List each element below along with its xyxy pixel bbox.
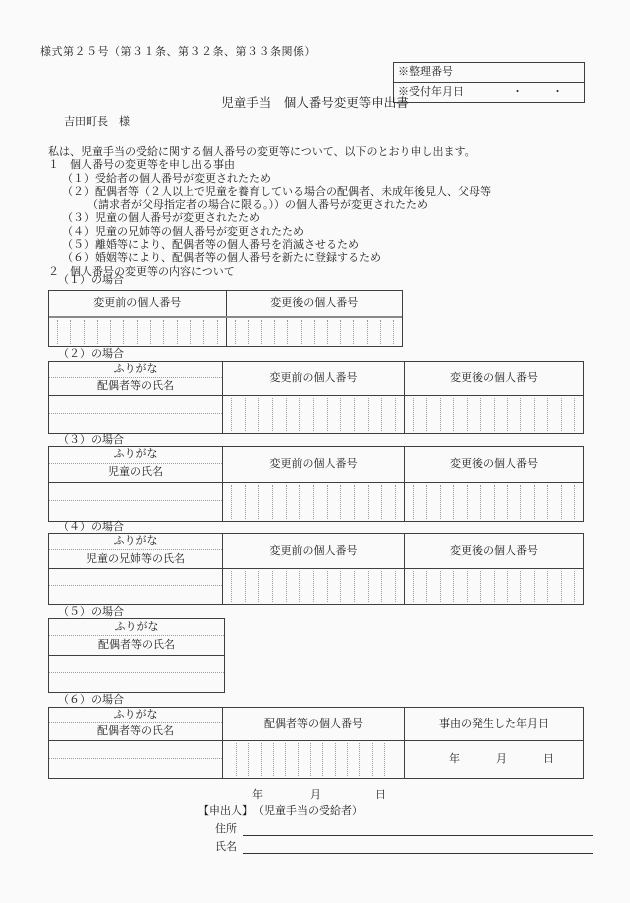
digit-cell	[286, 398, 300, 431]
name-label: 配偶者等の氏名	[49, 636, 224, 655]
digit-cell	[440, 571, 453, 602]
digit-cell	[203, 320, 217, 344]
case2-table: ふりがな 配偶者等の氏名 変更前の個人番号 変更後の個人番号	[48, 361, 584, 434]
intro-line: 私は、児童手当の受給に関する個人番号の変更等について、以下のとおり申し出ます。	[40, 146, 600, 159]
name-column-header: ふりがな 児童の兄姉等の氏名	[49, 534, 222, 568]
personal-number-boxes	[231, 571, 396, 602]
digit-cell	[340, 320, 353, 344]
case5-table: ふりがな 配偶者等の氏名	[48, 618, 225, 693]
after-number-field	[404, 483, 583, 521]
digit-cell	[340, 485, 354, 519]
digit-cell	[480, 398, 493, 431]
reason-item-6: （６）婚姻等により、配偶者等の個人番号を新たに登録するため	[40, 252, 600, 265]
personal-number-boxes	[231, 398, 396, 431]
section2-heading: ２ 個人番号の変更等の内容について	[40, 266, 600, 279]
digit-cell	[494, 398, 507, 431]
digit-cell	[313, 398, 327, 431]
furigana-label: ふりがな	[49, 619, 224, 636]
case1-table: 変更前の個人番号 変更後の個人番号	[48, 290, 403, 347]
digit-cell	[273, 743, 285, 776]
digit-cell	[313, 571, 327, 602]
digit-cell	[177, 320, 190, 344]
digit-cell	[258, 398, 272, 431]
digit-cell	[367, 320, 380, 344]
digit-cell	[340, 398, 354, 431]
col-header-before-number: 変更前の個人番号	[222, 362, 404, 395]
digit-cell	[261, 743, 273, 776]
furigana-label: ふりがな	[49, 362, 222, 378]
digit-cell	[561, 571, 575, 602]
digit-cell	[327, 571, 341, 602]
applicant-heading: 【申出人】 （児童手当の受給者）	[198, 805, 363, 818]
digit-cell	[272, 485, 286, 519]
digit-cell	[236, 743, 248, 776]
personal-number-boxes	[235, 320, 395, 344]
digit-cell	[354, 485, 368, 519]
digit-cell	[520, 571, 533, 602]
digit-cell	[231, 571, 245, 602]
before-number-field	[222, 396, 404, 433]
digit-cell	[359, 743, 371, 776]
digit-cell	[57, 320, 70, 344]
col-header-before-number: 変更前の個人番号	[222, 447, 404, 482]
digit-cell	[380, 320, 394, 344]
address-label: 住所	[215, 823, 237, 836]
personal-number-boxes	[57, 320, 218, 344]
digit-cell	[258, 571, 272, 602]
name-label: 氏名	[215, 841, 237, 854]
digit-cell	[313, 485, 327, 519]
reason-item-1: （１）受給者の個人番号が変更されたため	[40, 173, 600, 186]
name-row: 氏名	[215, 840, 593, 854]
digit-cell	[327, 485, 341, 519]
before-number-field	[222, 483, 404, 521]
col-header-after-number: 変更後の個人番号	[404, 534, 583, 568]
case4-table: ふりがな 児童の兄姉等の氏名 変更前の個人番号 変更後の個人番号	[48, 533, 584, 605]
digit-cell	[354, 571, 368, 602]
furigana-label: ふりがな	[49, 708, 222, 723]
reason-item-2-cont: （請求者が父母指定者の場合に限る。））の個人番号が変更されたため	[40, 199, 600, 212]
case1-label: （１）の場合	[58, 274, 124, 287]
digit-cell	[335, 743, 347, 776]
digit-cell	[190, 320, 203, 344]
digit-cell	[480, 571, 493, 602]
digit-cell	[245, 485, 259, 519]
day-label: 日	[375, 789, 386, 802]
name-label: 児童の兄姉等の氏名	[49, 550, 222, 568]
before-number-field	[222, 569, 404, 604]
digit-cell	[97, 320, 110, 344]
form-page: 様式第２５号（第３１条、第３２条、第３３条関係） ※整理番号 ※受付年月日 ・ …	[0, 0, 630, 903]
digit-cell	[453, 485, 466, 519]
digit-cell	[299, 571, 313, 602]
furigana-label: ふりがな	[49, 534, 222, 550]
name-entry-field	[49, 396, 222, 433]
col-header-after-number: 変更後の個人番号	[226, 291, 403, 316]
name-label: 配偶者等の氏名	[49, 723, 222, 740]
digit-cell	[561, 398, 575, 431]
name-column-header: ふりがな 児童の氏名	[49, 447, 222, 482]
digit-cell	[426, 571, 439, 602]
digit-cell	[381, 571, 396, 602]
digit-cell	[368, 485, 382, 519]
digit-cell	[426, 398, 439, 431]
name-column-header: ふりがな 配偶者等の氏名	[49, 619, 224, 655]
digit-cell	[372, 743, 385, 776]
digit-cell	[163, 320, 176, 344]
digit-cell	[322, 743, 334, 776]
digit-cell	[507, 485, 520, 519]
digit-cell	[520, 485, 533, 519]
ref-number-row: ※整理番号	[394, 63, 584, 82]
case6-table: ふりがな 配偶者等の氏名 配偶者等の個人番号 事由の発生した年月日 年 月 日	[48, 707, 584, 779]
digit-cell	[413, 485, 426, 519]
submission-date-line: 年 月 日	[0, 789, 630, 802]
case3-table: ふりがな 児童の氏名 変更前の個人番号 変更後の個人番号	[48, 446, 584, 522]
form-title: 児童手当 個人番号変更等申出書	[0, 97, 630, 110]
section1-heading: １ 個人番号の変更等を申し出る事由	[40, 159, 600, 172]
personal-number-boxes	[413, 571, 575, 602]
digit-cell	[467, 398, 480, 431]
digit-cell	[534, 485, 547, 519]
event-date-field: 年 月 日	[404, 741, 583, 778]
digit-cell	[368, 398, 382, 431]
digit-cell	[453, 398, 466, 431]
digit-cell	[547, 571, 560, 602]
digit-cell	[314, 320, 327, 344]
digit-cell	[381, 485, 396, 519]
digit-cell	[480, 485, 493, 519]
name-label: 配偶者等の氏名	[49, 378, 222, 395]
digit-cell	[467, 485, 480, 519]
reasons-block: 私は、児童手当の受給に関する個人番号の変更等について、以下のとおり申し出ます。 …	[40, 146, 600, 279]
reason-item-2: （２）配偶者等（２人以上で児童を養育している場合の配偶者、未成年後見人、父母等	[40, 186, 600, 199]
digit-cell	[310, 743, 322, 776]
digit-cell	[248, 320, 261, 344]
digit-cell	[298, 743, 310, 776]
reason-item-3: （３）児童の個人番号が変更されたため	[40, 212, 600, 225]
furigana-label: ふりがな	[49, 447, 222, 464]
after-number-field	[404, 569, 583, 604]
address-underline	[243, 822, 593, 836]
digit-cell	[301, 320, 314, 344]
digit-cell	[368, 571, 382, 602]
name-column-header: ふりがな 配偶者等の氏名	[49, 362, 222, 395]
digit-cell	[261, 320, 274, 344]
digit-cell	[248, 743, 260, 776]
digit-cell	[467, 571, 480, 602]
digit-cell	[494, 571, 507, 602]
digit-cell	[534, 571, 547, 602]
digit-cell	[299, 398, 313, 431]
digit-cell	[274, 320, 287, 344]
digit-cell	[354, 398, 368, 431]
col-header-after-number: 変更後の個人番号	[404, 447, 583, 482]
digit-cell	[286, 571, 300, 602]
personal-number-boxes	[231, 485, 396, 519]
digit-cell	[507, 398, 520, 431]
day-label: 日	[543, 753, 554, 766]
col-header-before-number: 変更前の個人番号	[222, 534, 404, 568]
address-row: 住所	[215, 822, 593, 836]
after-number-field	[404, 396, 583, 433]
digit-cell	[150, 320, 163, 344]
digit-cell	[340, 571, 354, 602]
digit-cell	[285, 743, 297, 776]
digit-cell	[347, 743, 359, 776]
name-entry-field	[49, 656, 224, 692]
digit-cell	[413, 398, 426, 431]
personal-number-boxes	[236, 743, 385, 776]
digit-cell	[507, 571, 520, 602]
digit-cell	[137, 320, 150, 344]
name-underline	[243, 840, 593, 854]
digit-cell	[299, 485, 313, 519]
digit-cell	[231, 485, 245, 519]
year-label: 年	[252, 789, 263, 802]
digit-cell	[287, 320, 300, 344]
digit-cell	[245, 398, 259, 431]
digit-cell	[561, 485, 575, 519]
case6-label: （６）の場合	[58, 694, 124, 707]
digit-cell	[272, 571, 286, 602]
name-column-header: ふりがな 配偶者等の氏名	[49, 708, 222, 740]
digit-cell	[440, 485, 453, 519]
reason-item-4: （４）児童の兄姉等の個人番号が変更されたため	[40, 226, 600, 239]
digit-cell	[327, 320, 340, 344]
digit-cell	[547, 485, 560, 519]
reason-item-5: （５）離婚等により、配偶者等の個人番号を消滅させるため	[40, 239, 600, 252]
digit-cell	[426, 485, 439, 519]
month-label: 月	[310, 789, 321, 802]
digit-cell	[440, 398, 453, 431]
name-label: 児童の氏名	[49, 464, 222, 482]
month-label: 月	[496, 753, 507, 766]
personal-number-boxes	[413, 398, 575, 431]
name-entry-field	[49, 569, 222, 604]
col-header-event-date: 事由の発生した年月日	[404, 708, 583, 740]
col-header-before-number: 変更前の個人番号	[49, 291, 226, 316]
digit-cell	[245, 571, 259, 602]
digit-cell	[286, 485, 300, 519]
name-entry-field	[49, 483, 222, 521]
digit-cell	[235, 320, 248, 344]
name-entry-field	[49, 741, 222, 778]
personal-number-boxes	[413, 485, 575, 519]
digit-cell	[381, 398, 396, 431]
digit-cell	[70, 320, 83, 344]
digit-cell	[353, 320, 366, 344]
case2-label: （２）の場合	[58, 348, 124, 361]
form-number: 様式第２５号（第３１条、第３２条、第３３条関係）	[40, 46, 316, 59]
addressee: 吉田町長 様	[64, 116, 130, 129]
digit-cell	[534, 398, 547, 431]
digit-cell	[272, 398, 286, 431]
spouse-number-field	[222, 741, 404, 778]
year-label: 年	[449, 753, 460, 766]
col-header-after-number: 変更後の個人番号	[404, 362, 583, 395]
digit-cell	[413, 571, 426, 602]
col-header-spouse-number: 配偶者等の個人番号	[222, 708, 404, 740]
digit-cell	[84, 320, 97, 344]
digit-cell	[258, 485, 272, 519]
digit-cell	[547, 398, 560, 431]
digit-cell	[327, 398, 341, 431]
digit-cell	[494, 485, 507, 519]
before-number-field	[49, 318, 226, 346]
digit-cell	[520, 398, 533, 431]
digit-cell	[453, 571, 466, 602]
after-number-field	[226, 318, 403, 346]
digit-cell	[123, 320, 136, 344]
digit-cell	[231, 398, 245, 431]
digit-cell	[110, 320, 123, 344]
ref-number-label: ※整理番号	[398, 66, 453, 78]
